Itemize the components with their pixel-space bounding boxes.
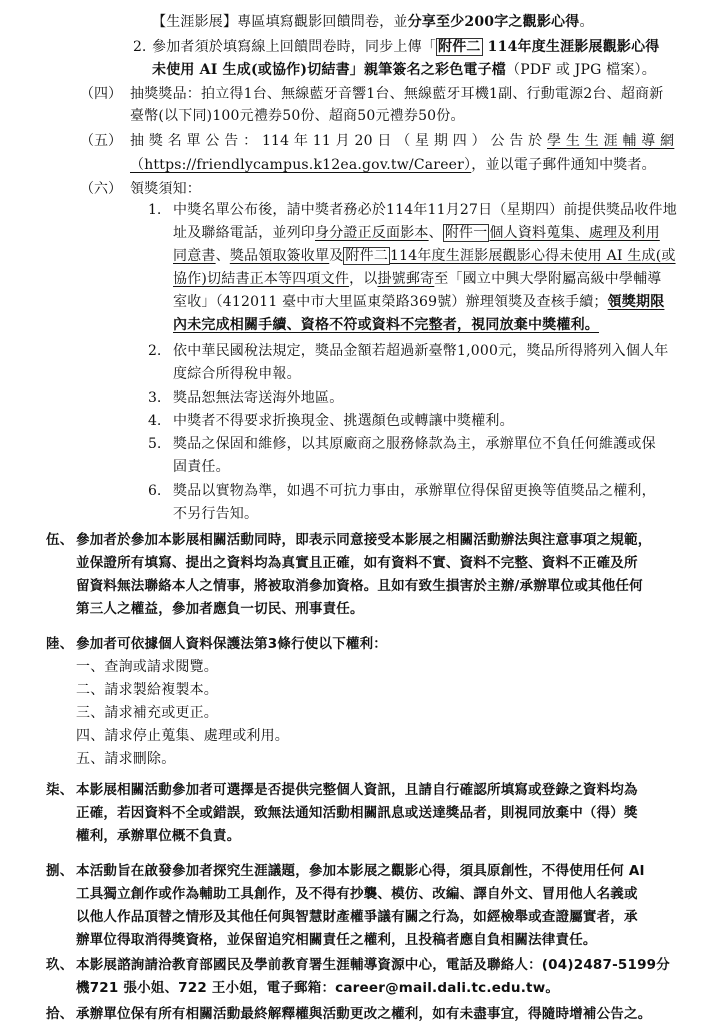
top-item-2-line-1: 參加者須於填寫線上回饋問卷時，同步上傳「附件二 114年度生涯影展觀影心得 — [152, 37, 660, 57]
sec7-line-3: 權利，承辦單位概不負責。 — [76, 826, 240, 846]
text: 至「國立中興大學附屬高級中學輔導 — [434, 271, 661, 287]
sec8-line-2: 工具獨立創作或作為輔助工具創作，及不得有抄襲、模仿、改編、譯自外文、冒用他人名義… — [76, 884, 638, 904]
sec8-line-4: 辦單位得取消得獎資格，並保留追究相關責任之權利，且投稿者應自負相關法律責任。 — [76, 930, 597, 950]
attachment-box: 附件二 — [343, 247, 390, 265]
underlined-text: 個人資料蒐集、處理及利用 — [489, 225, 659, 241]
sec10-line-1: 承辦單位保有所有相關活動最終解釋權與活動更改之權利，如有未盡事宜，得隨時增補公告… — [76, 1004, 651, 1024]
text: 及 — [329, 248, 343, 264]
sub6-item3-line-1: 獎品恕無法寄送海外地區。 — [173, 388, 343, 408]
section-label-9: 玖、 — [46, 955, 73, 975]
item-number: 1. — [148, 200, 161, 220]
section-label-8: 捌、 — [46, 861, 73, 881]
sec6-item: 四、請求停止蒐集、處理或利用。 — [76, 726, 289, 746]
sec6-title: 參加者可依據個人資料保護法第3條行使以下權利： — [76, 634, 387, 654]
section-label-6: 陸、 — [46, 634, 73, 654]
section-label-10: 拾、 — [46, 1004, 73, 1024]
sub6-item1-line-5: 室收」（412011 臺中市大里區東榮路369號）辦理領獎及查核手續；領獎期限 — [173, 292, 664, 312]
sec5-line-1: 參加者於參加本影展相關活動同時，即表示同意接受本影展之相關活動辦法與注意事項之規… — [76, 530, 651, 550]
bold-text: 未使用 AI 生成(或協作)切結書」親筆簽名之彩色電子檔 — [152, 62, 506, 78]
underlined-text: 掛號郵寄 — [377, 271, 434, 287]
attachment-box: 附件一 — [443, 224, 490, 242]
sec9-line-2: 機721 張小姐、722 王小姐，電子郵箱：career@mail.dali.t… — [76, 978, 559, 998]
text: 室收」（412011 臺中市大里區東榮路369號）辦理領獎及查核手續； — [173, 294, 608, 310]
text: 參加者須於填寫線上回饋問卷時，同步上傳「 — [152, 39, 436, 55]
underlined-text: 114年度生涯影展觀影心得未使用 AI 生成(或 — [390, 248, 676, 264]
sub5-line-1: 抽 獎 名 單 公 告 ： 114 年 11 月 20 日 （ 星 期 四 ） … — [130, 131, 674, 151]
sub6-item6-line-2: 不另行告知。 — [173, 504, 258, 524]
career-url-link[interactable]: （https://friendlycampus.k12ea.gov.tw/Car… — [130, 157, 471, 173]
text: （PDF 或 JPG 檔案）。 — [506, 62, 656, 78]
sub4-line-2: 臺幣(以下同)100元禮券50份、超商50元禮券50份。 — [130, 106, 465, 126]
sec5-line-2: 並保證所有填寫、提出之資料均為真實且正確，如有資料不實、資料不完整、資料不正確及… — [76, 553, 638, 573]
sub-label-5: （五） — [80, 131, 122, 151]
bold-underlined-text: 領獎期限 — [608, 294, 665, 310]
underlined-text: 身分證正反面影本 — [315, 225, 429, 241]
item-number: 5. — [148, 434, 161, 454]
sub6-item5-line-2: 固責任。 — [173, 457, 230, 477]
underlined-text: 協作)切結書正本等四項文件 — [173, 271, 349, 287]
sub6-item1-line-3: 同意書、獎品領取簽收單及附件二114年度生涯影展觀影心得未使用 AI 生成(或 — [173, 246, 676, 266]
sec7-line-2: 正確，若因資料不全或錯誤，致無法通知活動相關訊息或送達獎品者，則視同放棄中（得）… — [76, 803, 638, 823]
sub6-item1-line-2: 址及聯絡電話，並列印身分證正反面影本、附件一個人資料蒐集、處理及利用 — [173, 223, 660, 243]
underlined-text: 同意書 — [173, 248, 216, 264]
sub6-item2-line-1: 依中華民國稅法規定，獎品金額若超過新臺幣1,000元，獎品所得將列入個人年 — [173, 341, 668, 361]
sec6-item: 二、請求製給複製本。 — [76, 680, 218, 700]
sub6-item1-line-1: 中獎名單公布後，請中獎者務必於114年11月27日（星期四）前提供獎品收件地 — [173, 200, 677, 220]
sec6-item: 一、查詢或請求閱覽。 — [76, 657, 218, 677]
sub6-item1-line-6: 內未完成相關手續、資格不符或資料不完整者，視同放棄中獎權利。 — [173, 315, 599, 335]
text: ，以 — [349, 271, 377, 287]
sub6-item5-line-1: 獎品之保固和維修，以其原廠商之服務條款為主，承辦單位不負任何維護或保 — [173, 434, 656, 454]
sec8-line-3: 以他人作品頂替之情形及其他任何與智慧財產權爭議有關之行為，如經檢舉或查證屬實者，… — [76, 907, 638, 927]
item-number: 3. — [148, 388, 161, 408]
text: ，並以電子郵件通知中獎者。 — [471, 157, 656, 173]
text: 、 — [216, 248, 230, 264]
text: 抽 獎 名 單 公 告 ： 114 年 11 月 20 日 （ 星 期 四 ） … — [130, 133, 547, 149]
sub6-item1-line-4: 協作)切結書正本等四項文件，以掛號郵寄至「國立中興大學附屬高級中學輔導 — [173, 269, 661, 289]
item-number: 6. — [148, 481, 161, 501]
sub-label-4: （四） — [80, 84, 122, 104]
sec5-line-3: 留資料無法聯絡本人之情事，將被取消參加資格。且如有致生損害於主辦/承辦單位或其他… — [76, 576, 643, 596]
career-site-link[interactable]: 學 生 生 涯 輔 導 網 — [547, 133, 674, 149]
sec5-line-4: 第三人之權益，參加者應負一切民、刑事責任。 — [76, 599, 364, 619]
sec6-item: 三、請求補充或更正。 — [76, 703, 218, 723]
sec7-line-1: 本影展相關活動參加者可選擇是否提供完整個人資訊，且請自行確認所填寫或登錄之資料均… — [76, 780, 638, 800]
item-number: 2. — [133, 37, 146, 57]
text: 址及聯絡電話，並列印 — [173, 225, 315, 241]
sub4-line-1: 抽獎獎品：拍立得1台、無線藍牙音響1台、無線藍牙耳機1副、行動電源2台、超商新 — [130, 84, 663, 104]
text: 【生涯影展】專區填寫觀影回饋問卷，並 — [152, 14, 408, 30]
sub6-item6-line-1: 獎品以實物為準，如遇不可抗力事由，承辦單位得保留更換等值獎品之權利， — [173, 481, 656, 501]
item-number: 2. — [148, 341, 161, 361]
attachment-box: 附件二 — [436, 38, 483, 56]
section-label-5: 伍、 — [46, 530, 73, 550]
sub6-item2-line-2: 度綜合所得稅申報。 — [173, 364, 301, 384]
underlined-text: 獎品領取簽收單 — [230, 248, 329, 264]
top-line-1: 【生涯影展】專區填寫觀影回饋問卷，並分享至少200字之觀影心得。 — [152, 12, 594, 32]
section-label-7: 柒、 — [46, 780, 73, 800]
bold-text: 分享至少200字之觀影心得 — [408, 14, 580, 30]
sub5-line-2: （https://friendlycampus.k12ea.gov.tw/Car… — [130, 155, 656, 175]
sec6-item: 五、請求刪除。 — [76, 749, 175, 769]
sub6-title: 領獎須知： — [130, 179, 201, 199]
sub6-item4-line-1: 中獎者不得要求折換現金、挑選顏色或轉讓中獎權利。 — [173, 411, 514, 431]
text: 、 — [429, 225, 443, 241]
top-item-2-line-2: 未使用 AI 生成(或協作)切結書」親筆簽名之彩色電子檔（PDF 或 JPG 檔… — [152, 60, 656, 80]
document-page: 【生涯影展】專區填寫觀影回饋問卷，並分享至少200字之觀影心得。 2. 參加者須… — [0, 0, 724, 1024]
sec9-line-1: 本影展諮詢請洽教育部國民及學前教育署生涯輔導資源中心，電話及聯絡人：(04)24… — [76, 955, 670, 975]
sub-label-6: （六） — [80, 179, 122, 199]
sec8-line-1: 本活動旨在啟發參加者探究生涯議題，參加本影展之觀影心得，須具原創性，不得使用任何… — [76, 861, 645, 881]
text: 。 — [579, 14, 593, 30]
bold-text: 114年度生涯影展觀影心得 — [483, 39, 660, 55]
item-number: 4. — [148, 411, 161, 431]
